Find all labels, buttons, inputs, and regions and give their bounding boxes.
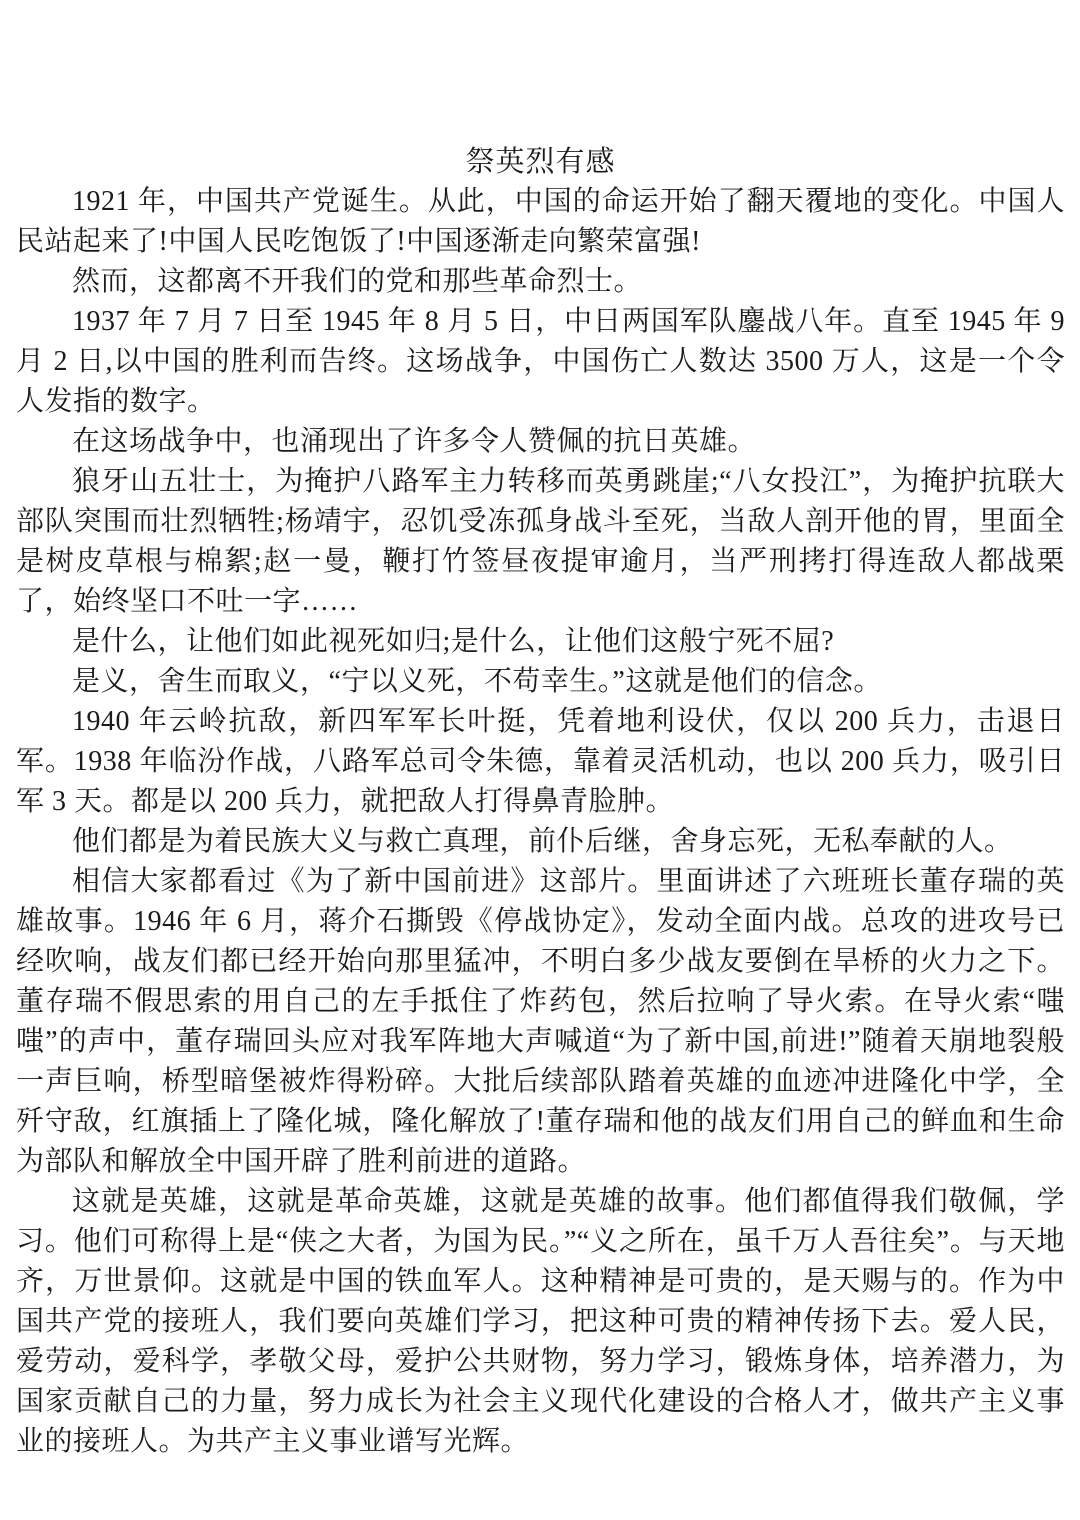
paragraph: 他们都是为着民族大义与救亡真理，前仆后继，舍身忘死，无私奉献的人。	[16, 822, 1065, 862]
paragraph: 然而，这都离不开我们的党和那些革命烈士。	[16, 262, 1065, 302]
paragraph: 1937 年 7 月 7 日至 1945 年 8 月 5 日，中日两国军队鏖战八…	[16, 302, 1065, 422]
paragraph: 狼牙山五壮士，为掩护八路军主力转移而英勇跳崖;“八女投江”，为掩护抗联大部队突围…	[16, 462, 1065, 622]
paragraph: 是义，舍生而取义，“宁以义死，不苟幸生。”这就是他们的信念。	[16, 662, 1065, 702]
paragraph: 1921 年，中国共产党诞生。从此，中国的命运开始了翻天覆地的变化。中国人民站起…	[16, 182, 1065, 262]
document-title: 祭英烈有感	[16, 142, 1065, 182]
paragraph: 这就是英雄，这就是革命英雄，这就是英雄的故事。他们都值得我们敬佩，学习。他们可称…	[16, 1182, 1065, 1462]
paragraph: 是什么，让他们如此视死如归;是什么，让他们这般宁死不屈?	[16, 622, 1065, 662]
paragraph: 相信大家都看过《为了新中国前进》这部片。里面讲述了六班班长董存瑞的英雄故事。19…	[16, 862, 1065, 1182]
document-page: 祭英烈有感 1921 年，中国共产党诞生。从此，中国的命运开始了翻天覆地的变化。…	[0, 0, 1080, 1520]
paragraph: 在这场战争中，也涌现出了许多令人赞佩的抗日英雄。	[16, 422, 1065, 462]
paragraph: 1940 年云岭抗敌，新四军军长叶挺，凭着地利设伏，仅以 200 兵力，击退日军…	[16, 702, 1065, 822]
